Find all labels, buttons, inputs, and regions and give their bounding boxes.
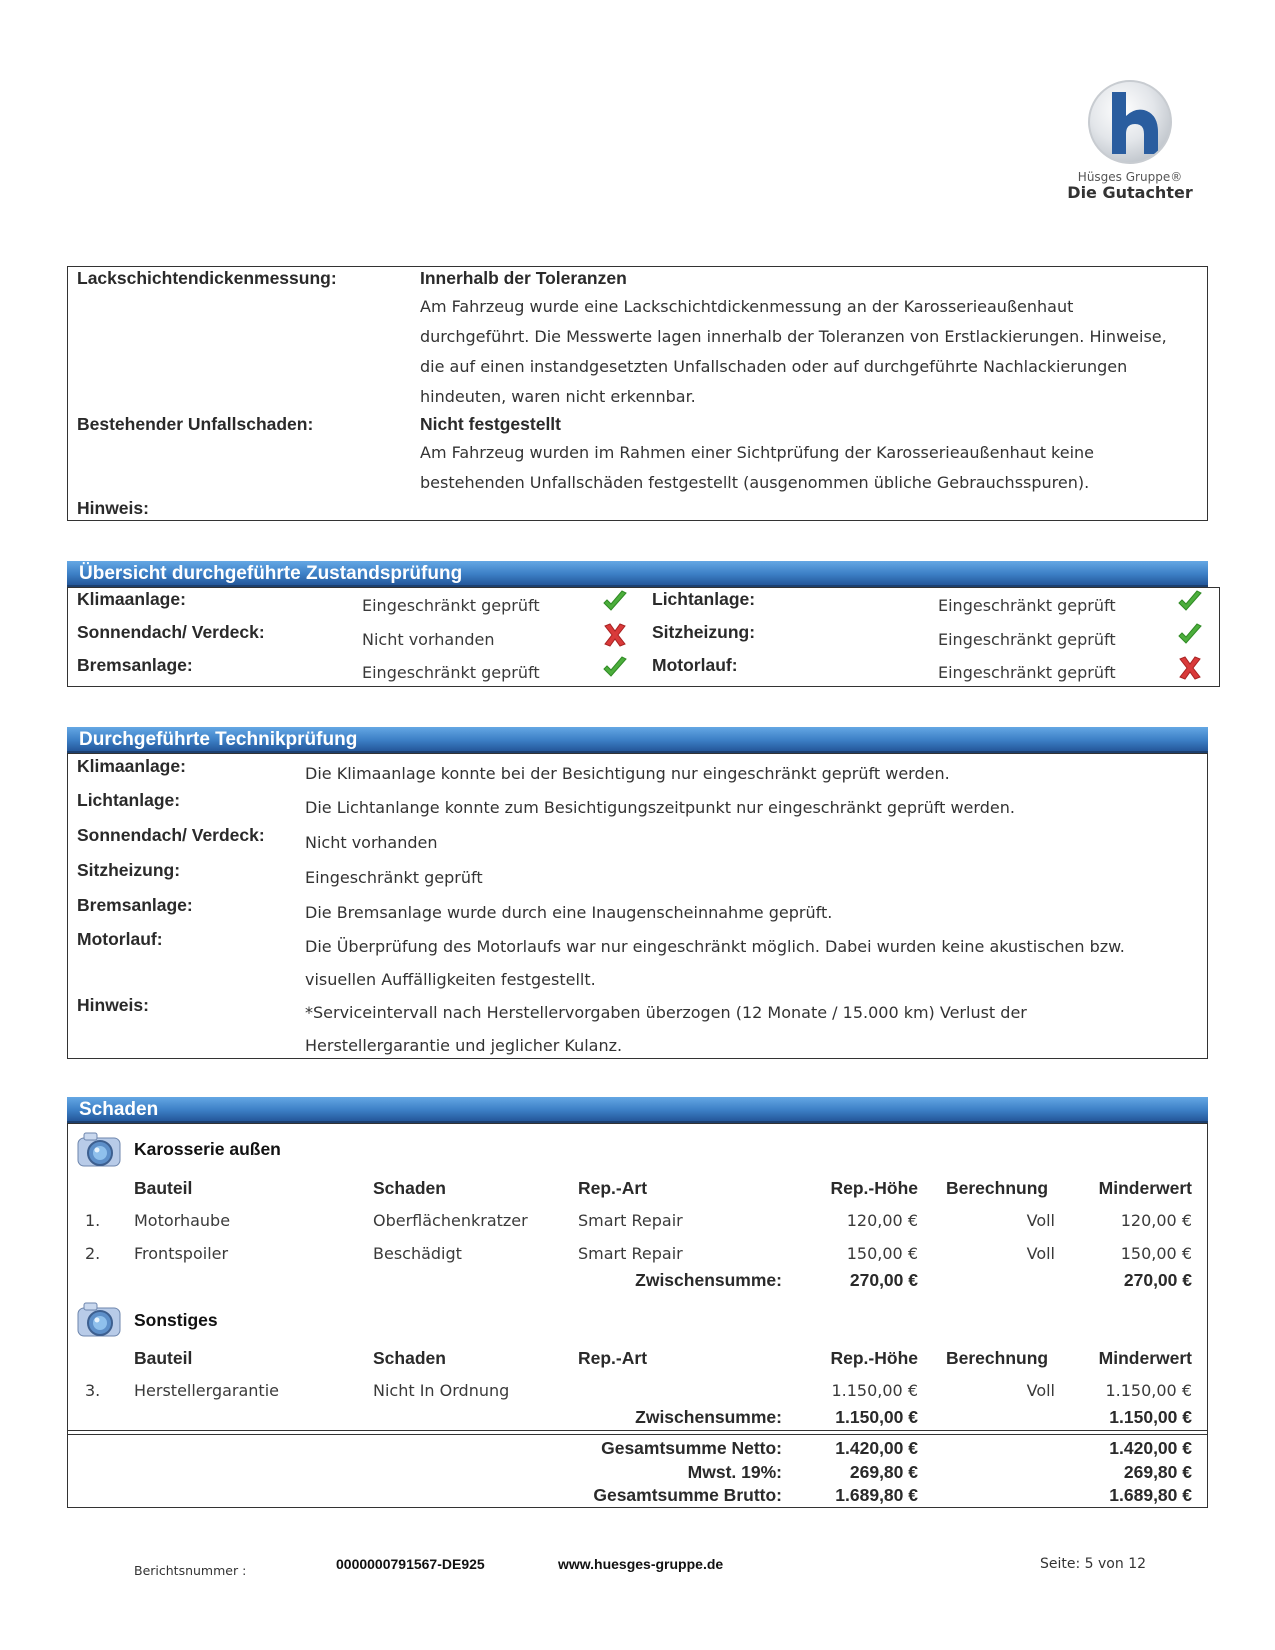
- row-rep-art: Smart Repair: [578, 1211, 683, 1230]
- technik-text-hinweis-1: *Serviceintervall nach Herstellervorgabe…: [305, 998, 1027, 1028]
- zustand-label-klima: Klimaanlage:: [77, 589, 186, 610]
- row-schaden: Beschädigt: [373, 1244, 462, 1263]
- total-brutto-rep: 1.689,80 €: [780, 1485, 918, 1506]
- subtotal-label: Zwischensumme:: [560, 1270, 782, 1291]
- footer-report-label: Berichtsnummer :: [134, 1563, 246, 1578]
- row-minderwert: 120,00 €: [1050, 1211, 1192, 1230]
- col-schaden: Schaden: [373, 1178, 446, 1199]
- technik-text-sonnendach: Nicht vorhanden: [305, 828, 438, 858]
- total-mwst-minder: 269,80 €: [1050, 1462, 1192, 1483]
- totals-divider: [67, 1430, 1208, 1435]
- subtotal-minder: 1.150,00 €: [1050, 1407, 1192, 1428]
- footer-page-indicator: Seite: 5 von 12: [1040, 1556, 1146, 1572]
- zustand-value-sonnendach: Nicht vorhanden: [362, 630, 495, 649]
- row-schaden: Oberflächenkratzer: [373, 1211, 528, 1230]
- zustand-label-sonnendach: Sonnendach/ Verdeck:: [77, 622, 265, 643]
- zustand-label-motorlauf: Motorlauf:: [652, 655, 738, 676]
- col-schaden: Schaden: [373, 1348, 446, 1369]
- camera-icon[interactable]: [75, 1300, 123, 1340]
- row-schaden: Nicht In Ordnung: [373, 1381, 509, 1400]
- total-mwst-rep: 269,80 €: [780, 1462, 918, 1483]
- technik-header: Durchgeführte Technikprüfung: [67, 727, 1208, 753]
- col-rep-hoehe: Rep.-Höhe: [780, 1178, 918, 1199]
- accident-text-1: Am Fahrzeug wurden im Rahmen einer Sicht…: [420, 438, 1094, 468]
- row-bauteil: Herstellergarantie: [134, 1381, 279, 1400]
- zustand-value-klima: Eingeschränkt geprüft: [362, 596, 540, 615]
- technik-text-hinweis-2: Herstellergarantie und jeglicher Kulanz.: [305, 1031, 622, 1061]
- row-berechnung: Voll: [946, 1211, 1055, 1230]
- paint-measure-text-3: die auf einen instandgesetzten Unfallsch…: [420, 352, 1127, 382]
- accident-result: Nicht festgestellt: [420, 414, 561, 435]
- technik-text-brems: Die Bremsanlage wurde durch eine Inaugen…: [305, 898, 832, 928]
- paint-measure-label: Lackschichtendickenmessung:: [77, 268, 337, 289]
- row-bauteil: Frontspoiler: [134, 1244, 228, 1263]
- check-icon: [1177, 590, 1203, 614]
- technik-label-brems: Bremsanlage:: [77, 895, 193, 916]
- check-icon: [1177, 623, 1203, 647]
- group-name-karosserie: Karosserie außen: [134, 1139, 281, 1160]
- row-minderwert: 150,00 €: [1050, 1244, 1192, 1263]
- footer-report-number: 0000000791567-DE925: [336, 1556, 485, 1572]
- technik-text-klima: Die Klimaanlage konnte bei der Besichtig…: [305, 759, 950, 789]
- paint-measure-text-1: Am Fahrzeug wurde eine Lackschichtdicken…: [420, 292, 1073, 322]
- group-name-sonstiges: Sonstiges: [134, 1310, 218, 1331]
- col-rep-art: Rep.-Art: [578, 1348, 647, 1369]
- technik-label-hinweis: Hinweis:: [77, 995, 149, 1016]
- row-nr: 1.: [85, 1211, 100, 1230]
- row-nr: 2.: [85, 1244, 100, 1263]
- cross-icon: [1177, 656, 1203, 680]
- accident-label: Bestehender Unfallschaden:: [77, 414, 313, 435]
- logo-tagline: Die Gutachter: [1060, 184, 1200, 202]
- subtotal-minder: 270,00 €: [1050, 1270, 1192, 1291]
- subtotal-rep: 1.150,00 €: [780, 1407, 918, 1428]
- technik-label-sitzheizung: Sitzheizung:: [77, 860, 180, 881]
- zustand-value-licht: Eingeschränkt geprüft: [938, 596, 1116, 615]
- technik-label-motorlauf: Motorlauf:: [77, 929, 163, 950]
- row-berechnung: Voll: [946, 1381, 1055, 1400]
- total-netto-minder: 1.420,00 €: [1050, 1438, 1192, 1459]
- camera-icon[interactable]: [75, 1130, 123, 1170]
- check-icon: [602, 656, 628, 680]
- technik-text-sitzheizung: Eingeschränkt geprüft: [305, 863, 483, 893]
- row-rep-art: Smart Repair: [578, 1244, 683, 1263]
- zustand-label-brems: Bremsanlage:: [77, 655, 193, 676]
- technik-text-motorlauf-1: Die Überprüfung des Motorlaufs war nur e…: [305, 932, 1125, 962]
- zustand-label-licht: Lichtanlage:: [652, 589, 755, 610]
- total-brutto-label: Gesamtsumme Brutto:: [520, 1485, 782, 1506]
- row-rep-hoehe: 1.150,00 €: [780, 1381, 918, 1400]
- row-bauteil: Motorhaube: [134, 1211, 230, 1230]
- cross-icon: [602, 623, 628, 647]
- row-minderwert: 1.150,00 €: [1050, 1381, 1192, 1400]
- zustand-value-sitzheizung: Eingeschränkt geprüft: [938, 630, 1116, 649]
- schaden-header: Schaden: [67, 1097, 1208, 1123]
- technik-text-licht: Die Lichtanlange konnte zum Besichtigung…: [305, 793, 1015, 823]
- zustand-header: Übersicht durchgeführte Zustandsprüfung: [67, 561, 1208, 587]
- col-berechnung: Berechnung: [946, 1348, 1048, 1369]
- col-rep-hoehe: Rep.-Höhe: [780, 1348, 918, 1369]
- technik-label-klima: Klimaanlage:: [77, 756, 186, 777]
- footer-website[interactable]: www.huesges-gruppe.de: [558, 1556, 723, 1572]
- company-logo: Hüsges Gruppe® Die Gutachter: [1060, 80, 1200, 215]
- paint-measure-result: Innerhalb der Toleranzen: [420, 268, 627, 289]
- row-rep-hoehe: 150,00 €: [780, 1244, 918, 1263]
- col-rep-art: Rep.-Art: [578, 1178, 647, 1199]
- col-minderwert: Minderwert: [1050, 1178, 1192, 1199]
- col-berechnung: Berechnung: [946, 1178, 1048, 1199]
- technik-text-motorlauf-2: visuellen Auffälligkeiten festgestellt.: [305, 965, 596, 995]
- total-netto-label: Gesamtsumme Netto:: [520, 1438, 782, 1459]
- logo-company-name: Hüsges Gruppe®: [1060, 170, 1200, 184]
- subtotal-label: Zwischensumme:: [560, 1407, 782, 1428]
- logo-emblem-icon: [1088, 80, 1172, 164]
- technik-label-licht: Lichtanlage:: [77, 790, 180, 811]
- total-netto-rep: 1.420,00 €: [780, 1438, 918, 1459]
- col-bauteil: Bauteil: [134, 1178, 192, 1199]
- paint-measure-text-2: durchgeführt. Die Messwerte lagen innerh…: [420, 322, 1167, 352]
- check-icon: [602, 590, 628, 614]
- zustand-label-sitzheizung: Sitzheizung:: [652, 622, 755, 643]
- col-bauteil: Bauteil: [134, 1348, 192, 1369]
- row-berechnung: Voll: [946, 1244, 1055, 1263]
- col-minderwert: Minderwert: [1050, 1348, 1192, 1369]
- technik-label-sonnendach: Sonnendach/ Verdeck:: [77, 825, 265, 846]
- paint-measure-text-4: hindeuten, waren nicht erkennbar.: [420, 382, 696, 412]
- row-rep-hoehe: 120,00 €: [780, 1211, 918, 1230]
- total-mwst-label: Mwst. 19%:: [520, 1462, 782, 1483]
- hinweis-label: Hinweis:: [77, 498, 149, 519]
- subtotal-rep: 270,00 €: [780, 1270, 918, 1291]
- zustand-value-brems: Eingeschränkt geprüft: [362, 663, 540, 682]
- accident-text-2: bestehenden Unfallschäden festgestellt (…: [420, 468, 1089, 498]
- row-nr: 3.: [85, 1381, 100, 1400]
- total-brutto-minder: 1.689,80 €: [1050, 1485, 1192, 1506]
- zustand-value-motorlauf: Eingeschränkt geprüft: [938, 663, 1116, 682]
